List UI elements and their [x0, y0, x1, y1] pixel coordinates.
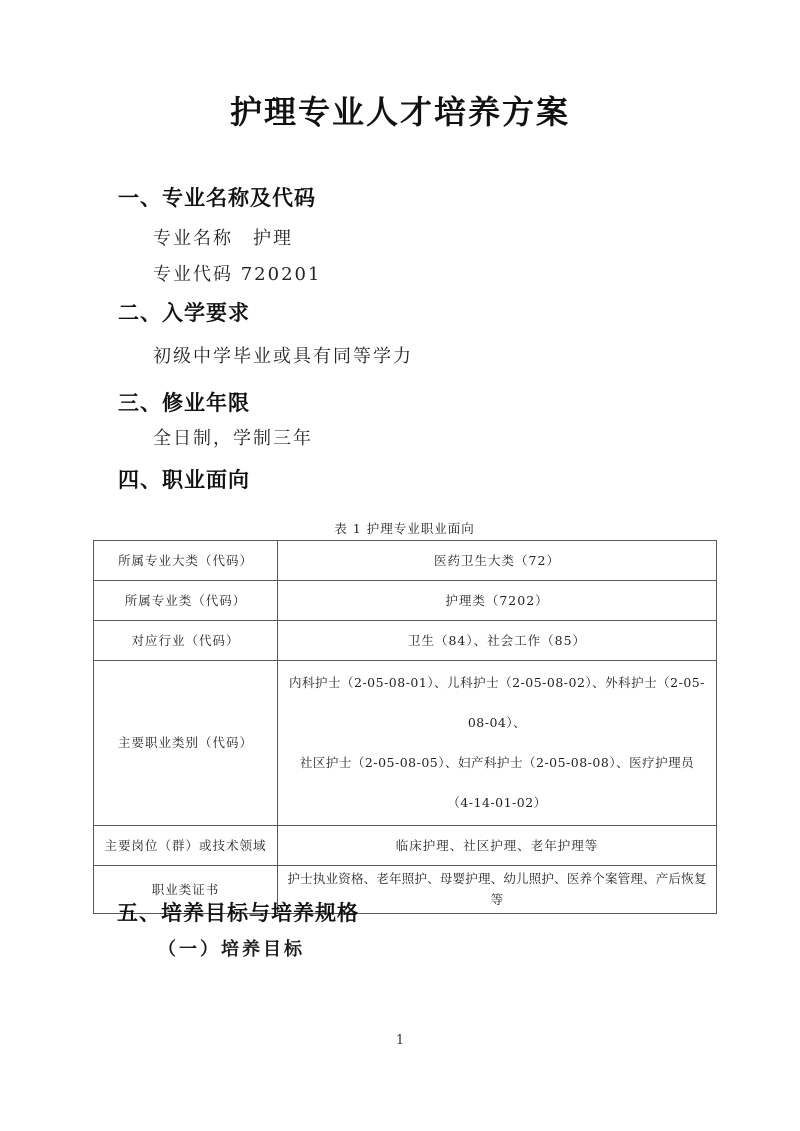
- document-page: 护理专业人才培养方案 一、专业名称及代码 专业名称 护理 专业代码 720201…: [0, 0, 800, 1131]
- row-value-cell: 卫生（84）、社会工作（85）: [278, 621, 717, 661]
- subsection-heading-training-objective: （一）培养目标: [158, 937, 305, 963]
- table-row-industry: 对应行业（代码） 卫生（84）、社会工作（85）: [94, 621, 717, 661]
- row-label-cell: 所属专业类（代码）: [94, 581, 278, 621]
- paragraph-study-duration: 全日制，学制三年: [153, 426, 313, 452]
- table-row-occupation-categories: 主要职业类别（代码） 内科护士（2-05-08-01）、儿科护士（2-05-08…: [94, 661, 717, 826]
- row-value-cell: 护理类（7202）: [278, 581, 717, 621]
- row-label-cell: 主要职业类别（代码）: [94, 661, 278, 826]
- row-value-cell: 医药卫生大类（72）: [278, 541, 717, 581]
- row-value-cell: 内科护士（2-05-08-01）、儿科护士（2-05-08-02）、外科护士（2…: [278, 661, 717, 826]
- paragraph-entry-requirements: 初级中学毕业或具有同等学力: [153, 344, 413, 370]
- section-heading-career-orientation: 四、职业面向: [118, 466, 250, 494]
- paragraph-major-name: 专业名称 护理: [153, 226, 293, 252]
- paragraph-major-code: 专业代码 720201: [153, 262, 321, 288]
- table-row-main-posts: 主要岗位（群）或技术领域 临床护理、社区护理、老年护理等: [94, 826, 717, 866]
- table-row-major-category: 所属专业大类（代码） 医药卫生大类（72）: [94, 541, 717, 581]
- row-label-cell: 所属专业大类（代码）: [94, 541, 278, 581]
- section-heading-training-objectives: 五、培养目标与培养规格: [117, 899, 359, 927]
- section-heading-major-name-code: 一、专业名称及代码: [118, 184, 316, 212]
- section-heading-study-duration: 三、修业年限: [118, 389, 250, 417]
- career-orientation-table: 所属专业大类（代码） 医药卫生大类（72） 所属专业类（代码） 护理类（7202…: [93, 540, 717, 914]
- table-row-major-class: 所属专业类（代码） 护理类（7202）: [94, 581, 717, 621]
- row-label-cell: 主要岗位（群）或技术领域: [94, 826, 278, 866]
- section-heading-entry-requirements: 二、入学要求: [118, 299, 250, 327]
- page-number: 1: [0, 1033, 800, 1048]
- document-title: 护理专业人才培养方案: [0, 94, 800, 130]
- row-label-cell: 对应行业（代码）: [94, 621, 278, 661]
- table-caption: 表 1 护理专业职业面向: [93, 521, 716, 537]
- row-value-cell: 临床护理、社区护理、老年护理等: [278, 826, 717, 866]
